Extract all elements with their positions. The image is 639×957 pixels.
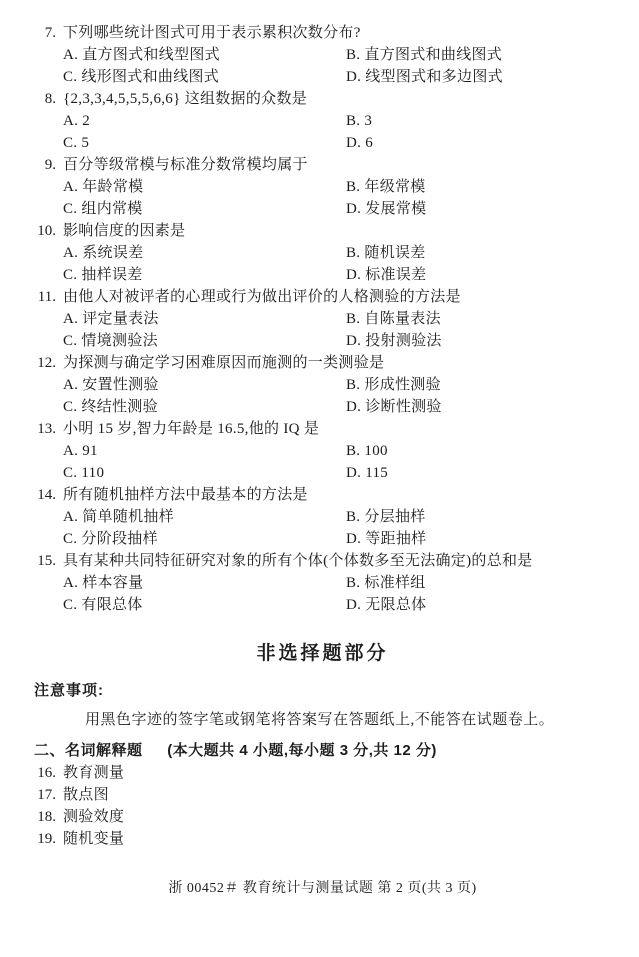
question-14: 14. 所有随机抽样方法中最基本的方法是 A. 简单随机抽样 B. 分层抽样 C… [34,484,611,550]
term-text: 随机变量 [63,828,611,850]
option-b: B. 形成性测验 [346,374,611,396]
option-a: A. 91 [63,440,346,462]
option-c: C. 110 [63,462,346,484]
option-d: D. 6 [346,132,611,154]
question-number: 15. [34,550,56,572]
term-number: 16. [34,762,56,784]
question-number: 7. [34,22,56,44]
option-b: B. 自陈量表法 [346,308,611,330]
option-c: C. 组内常模 [63,198,346,220]
term-item-19: 19. 随机变量 [34,828,611,850]
term-text: 教育测量 [63,762,611,784]
term-number: 18. [34,806,56,828]
question-number: 12. [34,352,56,374]
option-c: C. 情境测验法 [63,330,346,352]
question-stem: {2,3,3,4,5,5,5,6,6} 这组数据的众数是 [63,88,611,110]
option-b: B. 随机误差 [346,242,611,264]
exam-content: 7. 下列哪些统计图式可用于表示累积次数分布? A. 直方图式和线型图式 B. … [0,0,639,900]
option-b: B. 直方图式和曲线图式 [346,44,611,66]
question-stem: 由他人对被评者的心理或行为做出评价的人格测验的方法是 [63,286,611,308]
question-7: 7. 下列哪些统计图式可用于表示累积次数分布? A. 直方图式和线型图式 B. … [34,22,611,88]
option-b: B. 分层抽样 [346,506,611,528]
question-number: 13. [34,418,56,440]
options: A. 年龄常模 B. 年级常模 C. 组内常模 D. 发展常模 [34,176,611,220]
question-number: 11. [34,286,56,308]
term-text: 测验效度 [63,806,611,828]
options: A. 样本容量 B. 标准样组 C. 有限总体 D. 无限总体 [34,572,611,616]
term-item-18: 18. 测验效度 [34,806,611,828]
question-stem: 百分等级常模与标准分数常模均属于 [63,154,611,176]
options: A. 直方图式和线型图式 B. 直方图式和曲线图式 C. 线形图式和曲线图式 D… [34,44,611,88]
option-a: A. 系统误差 [63,242,346,264]
question-9: 9. 百分等级常模与标准分数常模均属于 A. 年龄常模 B. 年级常模 C. 组… [34,154,611,220]
question-number: 8. [34,88,56,110]
option-a: A. 简单随机抽样 [63,506,346,528]
question-number: 10. [34,220,56,242]
options: A. 2 B. 3 C. 5 D. 6 [34,110,611,154]
option-c: C. 线形图式和曲线图式 [63,66,346,88]
definition-section-heading: 二、名词解释题 (本大题共 4 小题,每小题 3 分,共 12 分) [34,740,611,762]
question-13: 13. 小明 15 岁,智力年龄是 16.5,他的 IQ 是 A. 91 B. … [34,418,611,484]
term-item-17: 17. 散点图 [34,784,611,806]
option-d: D. 115 [346,462,611,484]
option-c: C. 抽样误差 [63,264,346,286]
option-c: C. 5 [63,132,346,154]
question-11: 11. 由他人对被评者的心理或行为做出评价的人格测验的方法是 A. 评定量表法 … [34,286,611,352]
option-c: C. 分阶段抽样 [63,528,346,550]
options: A. 简单随机抽样 B. 分层抽样 C. 分阶段抽样 D. 等距抽样 [34,506,611,550]
definition-section-title: 二、名词解释题 [34,742,143,759]
non-choice-section-title: 非选择题部分 [34,640,611,668]
options: A. 91 B. 100 C. 110 D. 115 [34,440,611,484]
option-d: D. 等距抽样 [346,528,611,550]
option-b: B. 3 [346,110,611,132]
option-a: A. 安置性测验 [63,374,346,396]
option-d: D. 标准误差 [346,264,611,286]
page-footer: 浙 00452＃ 教育统计与测量试题 第 2 页(共 3 页) [34,878,611,900]
notes-title: 注意事项: [34,680,611,702]
option-c: C. 终结性测验 [63,396,346,418]
question-10: 10. 影响信度的因素是 A. 系统误差 B. 随机误差 C. 抽样误差 D. … [34,220,611,286]
question-15: 15. 具有某种共同特征研究对象的所有个体(个体数多至无法确定)的总和是 A. … [34,550,611,616]
question-stem: 影响信度的因素是 [63,220,611,242]
option-a: A. 直方图式和线型图式 [63,44,346,66]
option-d: D. 线型图式和多边图式 [346,66,611,88]
question-stem: 为探测与确定学习困难原因而施测的一类测验是 [63,352,611,374]
question-8: 8. {2,3,3,4,5,5,5,6,6} 这组数据的众数是 A. 2 B. … [34,88,611,154]
term-number: 19. [34,828,56,850]
question-stem: 下列哪些统计图式可用于表示累积次数分布? [63,22,611,44]
exam-page: 7. 下列哪些统计图式可用于表示累积次数分布? A. 直方图式和线型图式 B. … [0,0,639,957]
option-d: D. 诊断性测验 [346,396,611,418]
term-text: 散点图 [63,784,611,806]
option-a: A. 样本容量 [63,572,346,594]
option-d: D. 发展常模 [346,198,611,220]
notes-body: 用黑色字迹的签字笔或钢笔将答案写在答题纸上,不能答在试题卷上。 [34,709,611,731]
options: A. 评定量表法 B. 自陈量表法 C. 情境测验法 D. 投射测验法 [34,308,611,352]
question-stem: 所有随机抽样方法中最基本的方法是 [63,484,611,506]
question-12: 12. 为探测与确定学习困难原因而施测的一类测验是 A. 安置性测验 B. 形成… [34,352,611,418]
options: A. 系统误差 B. 随机误差 C. 抽样误差 D. 标准误差 [34,242,611,286]
option-a: A. 2 [63,110,346,132]
question-stem: 具有某种共同特征研究对象的所有个体(个体数多至无法确定)的总和是 [63,550,611,572]
definition-section-meta: (本大题共 4 小题,每小题 3 分,共 12 分) [167,742,437,759]
option-c: C. 有限总体 [63,594,346,616]
question-number: 9. [34,154,56,176]
option-d: D. 无限总体 [346,594,611,616]
options: A. 安置性测验 B. 形成性测验 C. 终结性测验 D. 诊断性测验 [34,374,611,418]
option-a: A. 年龄常模 [63,176,346,198]
term-number: 17. [34,784,56,806]
option-b: B. 100 [346,440,611,462]
option-a: A. 评定量表法 [63,308,346,330]
option-b: B. 标准样组 [346,572,611,594]
term-item-16: 16. 教育测量 [34,762,611,784]
option-b: B. 年级常模 [346,176,611,198]
option-d: D. 投射测验法 [346,330,611,352]
question-number: 14. [34,484,56,506]
question-stem: 小明 15 岁,智力年龄是 16.5,他的 IQ 是 [63,418,611,440]
